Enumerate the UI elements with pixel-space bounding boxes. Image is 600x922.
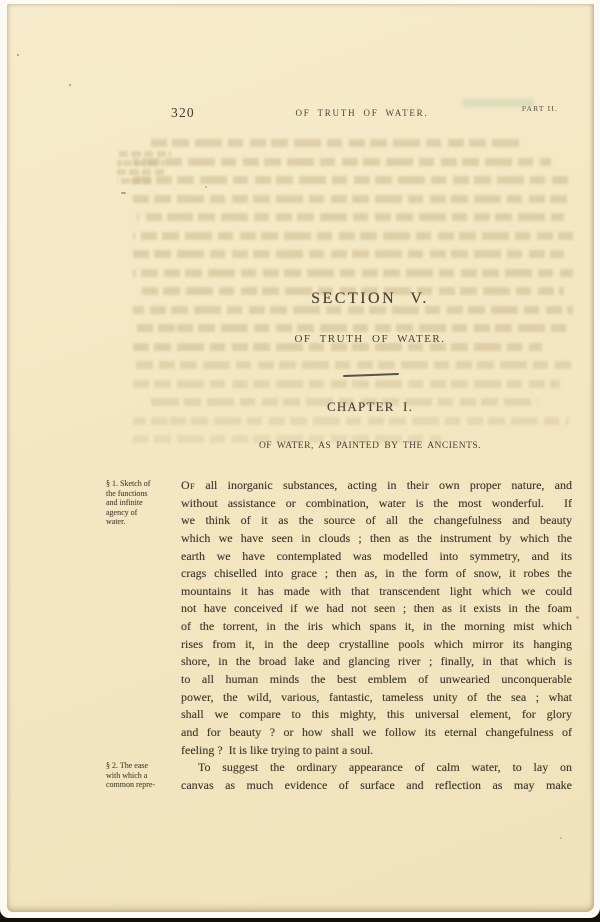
text-line: without assistance or combination, water… bbox=[181, 495, 572, 513]
dust-speck bbox=[576, 616, 579, 619]
ghost-text-line bbox=[133, 176, 573, 184]
ghost-text-line bbox=[151, 139, 521, 147]
first-line-rest: all inorganic substances, acting in thei… bbox=[195, 478, 572, 492]
dust-speck bbox=[560, 837, 562, 839]
ghost-text-line bbox=[133, 250, 564, 258]
margin-note-line: agency of bbox=[106, 508, 182, 518]
text-line: feeling ? It is like trying to paint a s… bbox=[181, 742, 572, 760]
ghost-note-line bbox=[117, 169, 167, 175]
scanned-book-page: 320 OF TRUTH OF WATER. PART II. SECTION … bbox=[0, 0, 600, 922]
ghost-text-line bbox=[133, 195, 569, 203]
text-line: power, the wild, various, fantastic, tam… bbox=[181, 689, 572, 707]
dust-speck bbox=[205, 186, 207, 188]
margin-note-line: and infinite bbox=[106, 498, 182, 508]
paragraph-2: To suggest the ordinary appearance of ca… bbox=[181, 759, 572, 794]
ghost-text-line bbox=[133, 232, 573, 240]
headings: SECTION V. OF TRUTH OF WATER. CHAPTER I.… bbox=[140, 290, 600, 465]
ghost-text-line bbox=[133, 158, 551, 166]
margin-note-line: with which a bbox=[106, 771, 182, 781]
chapter-subtitle: OF WATER, AS PAINTED BY THE ANCIENTS. bbox=[140, 441, 600, 451]
ghost-text-line bbox=[133, 269, 573, 277]
section-title: SECTION V. bbox=[140, 290, 600, 308]
margin-note-line: common repre- bbox=[106, 780, 182, 790]
dust-speck bbox=[17, 54, 19, 56]
ghost-note-line bbox=[117, 160, 165, 166]
margin-note-line: water. bbox=[106, 517, 182, 527]
text-line: rises from it, in the deep crystalline p… bbox=[181, 636, 572, 654]
ghost-margin-note bbox=[117, 151, 169, 187]
text-line: shall we compare to this mighty, this un… bbox=[181, 706, 572, 724]
dust-speck bbox=[69, 84, 71, 86]
margin-note-line: § 2. The ease bbox=[106, 761, 182, 771]
text-line: which we have seen in clouds ; then as t… bbox=[181, 530, 572, 548]
text-line: crags chiselled into grace ; then as, in… bbox=[181, 565, 572, 583]
ghost-note-line bbox=[117, 178, 152, 184]
text-line: to all human minds the best emblem of un… bbox=[181, 671, 572, 689]
text-line: earth we have contemplated was modelled … bbox=[181, 548, 572, 566]
section-subtitle: OF TRUTH OF WATER. bbox=[140, 333, 600, 345]
text-line: of the torrent, in the iris which spans … bbox=[181, 618, 572, 636]
running-title: OF TRUTH OF WATER. bbox=[182, 108, 542, 118]
text-line: mountains it has made with that transcen… bbox=[181, 583, 572, 601]
divider-rule bbox=[343, 373, 399, 377]
text-line: not have conceived if we had not seen ; … bbox=[181, 600, 572, 618]
text-line: shore, in the broad lake and glancing ri… bbox=[181, 653, 572, 671]
body-text: Of all inorganic substances, acting in t… bbox=[181, 477, 572, 795]
page-content: 320 OF TRUTH OF WATER. PART II. SECTION … bbox=[0, 0, 600, 922]
margin-note-1: § 1. Sketch ofthe functionsand infinitea… bbox=[106, 479, 182, 527]
margin-note-2: § 2. The easewith which acommon repre- bbox=[106, 761, 182, 790]
text-line: canvas as much evidence of surface and r… bbox=[181, 777, 572, 795]
text-line: we think of it as the source of all the … bbox=[181, 512, 572, 530]
paragraph-1: Of all inorganic substances, acting in t… bbox=[181, 477, 572, 759]
margin-note-line: § 1. Sketch of bbox=[106, 479, 182, 489]
chapter-title: CHAPTER I. bbox=[140, 399, 600, 415]
lead-word: Of bbox=[181, 478, 195, 492]
paragraph-1-lines: without assistance or combination, water… bbox=[181, 495, 572, 760]
text-line: and for beauty ? or how shall we follow … bbox=[181, 724, 572, 742]
ghost-note-line bbox=[119, 151, 171, 157]
text-line: Of all inorganic substances, acting in t… bbox=[181, 477, 572, 495]
ghost-text-line bbox=[137, 213, 564, 221]
margin-note-line: the functions bbox=[106, 489, 182, 499]
scan-smudge bbox=[462, 99, 534, 107]
dust-speck bbox=[121, 192, 126, 194]
text-line: To suggest the ordinary appearance of ca… bbox=[181, 759, 572, 777]
